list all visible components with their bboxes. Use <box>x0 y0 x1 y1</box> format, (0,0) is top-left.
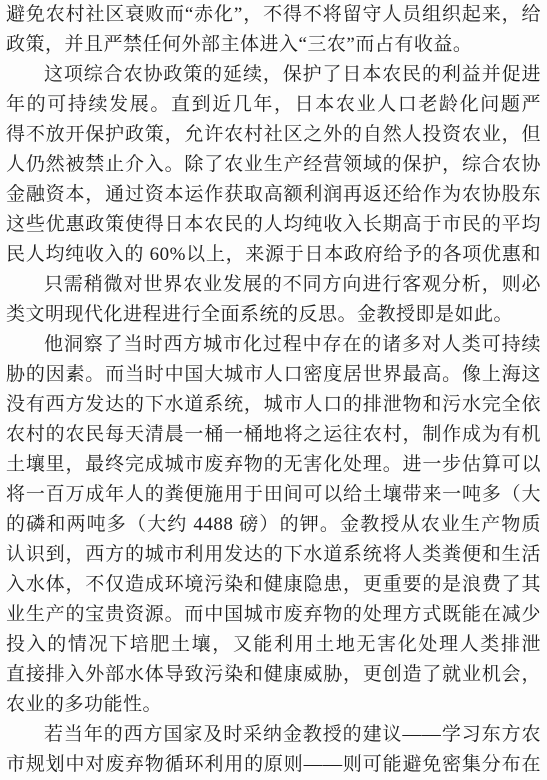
text-line: 没有西方发达的下水道系统，城市人口的排泄物和污水完全依靠来自周边 <box>6 390 541 420</box>
text-line: 入水体，不仅造成环境污染和健康隐患，更重要的是浪费了其中可用于农 <box>6 570 541 600</box>
text-line: 的磷和两吨多（大约 4488 磅）的钾。金教授从农业生产物质循环角度出发 <box>6 510 541 540</box>
text-line: 直接排入外部水体导致污染和健康威胁，更创造了就业机会，完美体现了 <box>6 660 541 690</box>
text-line: 土壤里，最终完成城市废弃物的无害化处理。进一步估算可以发现，每天 <box>6 450 541 480</box>
text-line: 人仍然被禁止介入。除了农业生产经营领域的保护，综合农协还获准垄断 <box>6 150 541 180</box>
text-line: 年的可持续发展。直到近几年，日本农业人口老龄化问题严重，政府才不 <box>6 90 541 120</box>
text-line: 避免农村社区衰败而“赤化”，不得不将留守人员组织起来，给予各项优惠 <box>6 0 541 30</box>
text-line: 这些优惠政策使得日本农民的人均纯收入长期高于市民的平均收入，而农 <box>6 210 541 240</box>
text-line: 政策，并且严禁任何外部主体进入“三农”而占有收益。 <box>6 30 541 60</box>
text-line: 胁的因素。而当时中国大城市人口密度居世界最高。像上海这样的城市却 <box>6 360 541 390</box>
text-line: 业生产的宝贵资源。而中国城市废弃物的处理方式既能在减少化肥等外部 <box>6 600 541 630</box>
text-line: 投入的情况下培肥土壤，又能利用土地无害化处理人类排泄物，避免废物 <box>6 630 541 660</box>
text-line: 若当年的西方国家及时采纳金教授的建议——学习东方农业生产和城 <box>6 720 541 750</box>
text-line: 认识到，西方的城市利用发达的下水道系统将人类粪便和生活污水直接排 <box>6 540 541 570</box>
text-line: 金融资本，通过资本运作获取高额利润再返还给作为农协股东的全体农民。 <box>6 180 541 210</box>
text-line: 只需稍微对世界农业发展的不同方向进行客观分析，则必然导向对人 <box>6 270 541 300</box>
text-line: 这项综合农协政策的延续，保护了日本农民的利益并促进了农村近百 <box>6 60 541 90</box>
text-line: 市规划中对废弃物循环利用的原则——则可能避免密集分布在欧洲和北美 <box>6 750 541 780</box>
text-line: 将一百万成年人的粪便施用于田间可以给土壤带来一吨多（大约 2712 磅） <box>6 480 541 510</box>
document-page: 避免农村社区衰败而“赤化”，不得不将留守人员组织起来，给予各项优惠 政策，并且严… <box>0 0 547 780</box>
text-line: 他洞察了当时西方城市化过程中存在的诸多对人类可持续发展构成威 <box>6 330 541 360</box>
text-line: 民人均纯收入的 60%以上，来源于日本政府给予的各项优惠和补贴。 <box>6 240 541 270</box>
text-line: 农业的多功能性。 <box>6 690 541 720</box>
text-line: 类文明现代化进程进行全面系统的反思。金教授即是如此。 <box>6 300 541 330</box>
text-line: 得不放开保护政策，允许农村社区之外的自然人投资农业，但外部企业法 <box>6 120 541 150</box>
text-line: 农村的农民每天清晨一桶一桶地将之运往农村，制作成为有机肥再施用到 <box>6 420 541 450</box>
